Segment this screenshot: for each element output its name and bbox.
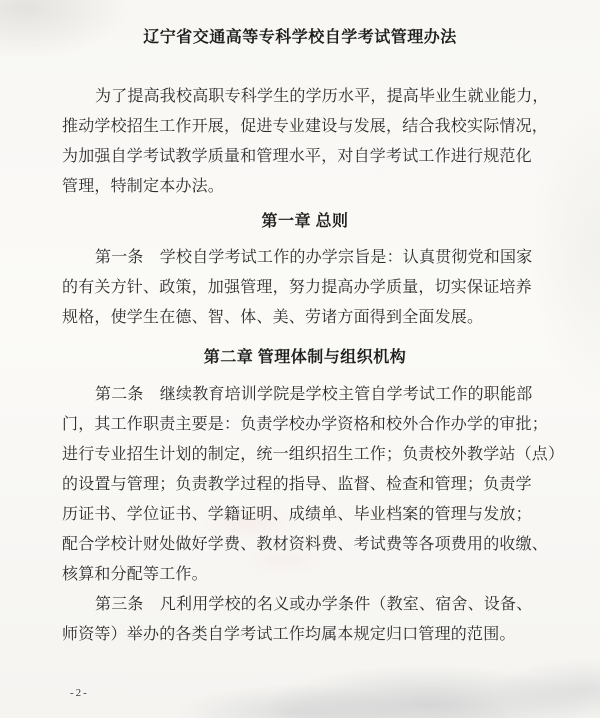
text-line: 规格，使学生在德、智、体、美、劳诸方面得到全面发展。 [62, 303, 548, 333]
text-line: 第二条 继续教育培训学院是学校主管自学考试工作的职能部 [62, 380, 548, 410]
chapter-heading: 第一章 总则 [62, 207, 548, 237]
text-line: 配合学校计财处做好学费、教材资料费、考试费等各项费用的收缴、 [62, 530, 548, 560]
text-line: 师资等）举办的各类自学考试工作均属本规定归口管理的范围。 [62, 620, 548, 650]
text-line: 为加强自学考试教学质量和管理水平，对自学考试工作进行规范化 [62, 142, 548, 172]
text-line: 管理，特制定本办法。 [62, 172, 548, 202]
text-line: 门，其工作职责主要是：负责学校办学资格和校外合作办学的审批； [62, 410, 548, 440]
text-line: 第三条 凡利用学校的名义或办学条件（教室、宿舍、设备、 [62, 590, 548, 620]
text-line: 的设置与管理；负责教学过程的指导、监督、检查和管理；负责学 [62, 470, 548, 500]
page-number: -2- [70, 687, 89, 699]
text-line: 历证书、学位证书、学籍证明、成绩单、毕业档案的管理与发放； [62, 500, 548, 530]
scanned-page: 辽宁省交通高等专科学校自学考试管理办法 为了提高我校高职专科学生的学历水平，提高… [0, 0, 600, 718]
text-line: 为了提高我校高职专科学生的学历水平，提高毕业生就业能力， [62, 82, 548, 112]
text-line: 第一条 学校自学考试工作的办学宗旨是：认真贯彻党和国家 [62, 243, 548, 273]
document-title: 辽宁省交通高等专科学校自学考试管理办法 [0, 24, 600, 47]
text-line: 的有关方针、政策，加强管理，努力提高办学质量，切实保证培养 [62, 273, 548, 303]
document-body: 为了提高我校高职专科学生的学历水平，提高毕业生就业能力， 推动学校招生工作开展，… [62, 82, 548, 650]
text-line: 进行专业招生计划的制定，统一组织招生工作；负责校外教学站（点） [62, 440, 548, 470]
chapter-heading: 第二章 管理体制与组织机构 [62, 343, 548, 373]
text-line: 核算和分配等工作。 [62, 560, 548, 590]
text-line: 推动学校招生工作开展，促进专业建设与发展，结合我校实际情况， [62, 112, 548, 142]
